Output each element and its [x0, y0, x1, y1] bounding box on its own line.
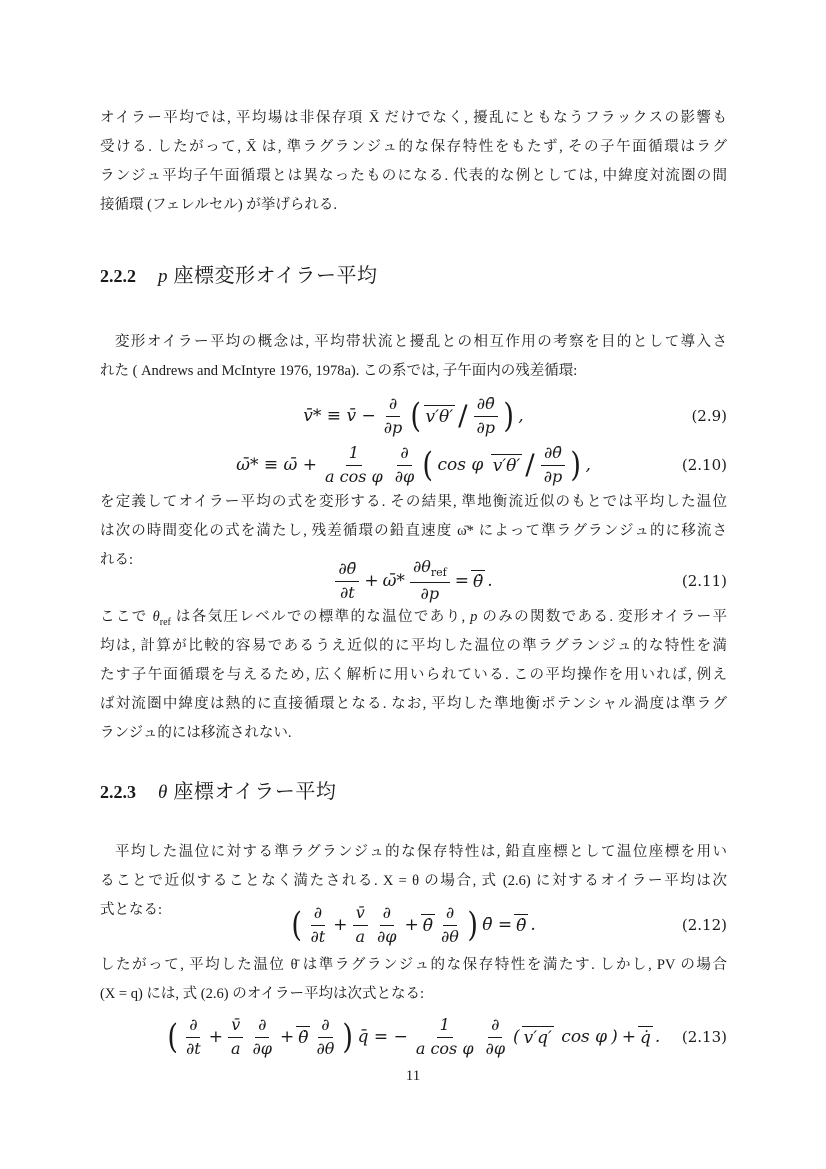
section-number: 2.2.3	[100, 778, 136, 806]
equation-2-11: ∂θ̄∂t + ω̄* ∂θref∂p = θ̇ . (2.11)	[100, 559, 727, 603]
paragraph-theta-ref: ここで θref は各気圧レベルでの標準的な温位であり, p のみの関数である.…	[100, 603, 727, 748]
fraction: ∂∂p	[381, 395, 406, 437]
text-line: を定義してオイラー平均の式を変形する. その結果, 準地衡流近似のもとでは平均し…	[100, 488, 727, 517]
section-title: 座標オイラー平均	[173, 778, 336, 806]
overline-theta-dot: θ̇	[471, 570, 485, 592]
math-operator: +	[280, 1027, 294, 1047]
math-mid: q̄ = −	[358, 1027, 408, 1047]
fraction-numerator: ∂	[386, 395, 400, 416]
right-paren: )	[467, 908, 478, 942]
math-cos-term: cos φ	[438, 455, 489, 475]
fraction: ∂∂φ	[249, 1016, 274, 1058]
math-equals: =	[455, 571, 469, 591]
fraction: ∂θref∂p	[410, 558, 450, 603]
section-title: 座標変形オイラー平均	[174, 262, 378, 290]
fraction-numerator: ∂	[488, 1016, 502, 1037]
fraction-numerator: ∂θ̄	[541, 444, 565, 465]
text-line: 接循環 (フェレルセル) が挙げられる.	[100, 191, 727, 220]
right-paren: )	[343, 1020, 354, 1054]
math-subscript: ref	[160, 617, 171, 628]
overline-flux-term: v′θ′	[424, 405, 456, 427]
text-line: ランジュ平均子午面循環とは異なったものになる. 代表的な例としては, 中緯度対流…	[100, 162, 727, 191]
overline-flux-term: v′θ′	[491, 454, 523, 476]
equation-2-12: ( ∂∂t + v̄a ∂∂φ + θ̇ ∂∂θ ) θ̄ = θ̇ . (2.…	[100, 903, 727, 947]
big-slash: /	[525, 451, 534, 479]
fraction: ∂∂t	[183, 1016, 204, 1058]
overline-theta-dot: θ̇	[514, 914, 528, 936]
paragraph-pv-case: したがって, 平均した温位 θ̄ は準ラグランジュ的な保存特性を満たす. しかし…	[100, 951, 727, 1009]
text-line: ここで θref は各気圧レベルでの標準的な温位であり, p のみの関数である.…	[100, 603, 727, 632]
fraction-denominator: ∂p	[474, 417, 499, 437]
text-line: れた ( Andrews and McIntyre 1976, 1978a). …	[100, 357, 727, 386]
document-page: オイラー平均では, 平均場は非保存項 X̄ だけでなく, 擾乱にともなうフラック…	[0, 0, 826, 1169]
fraction-denominator: ∂t	[183, 1038, 204, 1058]
page-number: 11	[0, 1068, 826, 1085]
overline-q-dot: q̇	[638, 1026, 653, 1048]
fraction: v̄a	[228, 1016, 244, 1058]
fraction: ∂∂φ	[483, 1016, 508, 1058]
fraction-denominator: ∂t	[337, 582, 358, 602]
big-slash: /	[458, 402, 467, 430]
text-line: 平均した温位に対する準ラグランジュ的な保存特性は, 鉛直座標として温位座標を用い	[100, 838, 727, 867]
overline-theta-dot: θ̇	[296, 1026, 310, 1048]
right-paren: )	[503, 399, 514, 433]
text-line: ば対流圏中緯度は熱的に直接循環となる. なお, 平均した準地衡ポテンシャル渦度は…	[100, 690, 727, 719]
small-left-paren: (	[513, 1027, 520, 1047]
equation-2-9: v̄* ≡ v̄ − ∂∂p ( v′θ′ / ∂θ̄∂p ) , (2.9)	[100, 392, 727, 440]
text-line: たす子午面循環を与えるため, 広く解析に用いられている. この平均操作を用いれば…	[100, 661, 727, 690]
math-theta: θ	[153, 609, 160, 625]
fraction-numerator: ∂	[443, 904, 457, 925]
fraction: 1a cos φ	[413, 1016, 477, 1058]
equation-number: (2.11)	[682, 572, 727, 590]
fraction-denominator: a	[228, 1038, 244, 1058]
equation-2-10: ω̄* ≡ ω̄ + 1a cos φ ∂∂φ ( cos φ v′θ′ / ∂…	[100, 442, 727, 488]
math-operator: +	[364, 571, 378, 591]
overline-flux-term: v′q′	[522, 1026, 554, 1048]
math-punctuation: .	[530, 915, 535, 935]
text-line: 受ける. したがって, X̄ は, 準ラグランジュ的な保存特性をもたず, その子…	[100, 133, 727, 162]
small-right-paren: )	[611, 1027, 618, 1047]
fraction-numerator: ∂θ̄	[335, 560, 359, 581]
fraction: v̄a	[352, 904, 368, 946]
section-math-var: p	[158, 263, 168, 291]
math-punctuation: ,	[518, 406, 523, 426]
math-operator: +	[209, 1027, 223, 1047]
math-lhs: ω̄* ≡ ω̄ +	[236, 455, 317, 475]
fraction-numerator: v̄	[353, 904, 368, 925]
text-segment: のみの関数である. 変形オイラー平	[477, 609, 727, 625]
overline-theta-dot: θ̇	[421, 914, 435, 936]
fraction-numerator: ∂θ̄	[474, 395, 498, 416]
math-mid: θ̄ =	[482, 915, 512, 935]
section-math-var: θ	[158, 779, 167, 807]
fraction-denominator: a	[352, 926, 368, 946]
left-paren: (	[411, 399, 422, 433]
fraction: ∂θ̄∂p	[541, 444, 566, 486]
math-punctuation: ,	[585, 455, 590, 475]
fraction: ∂∂φ	[374, 904, 399, 946]
fraction: ∂∂θ	[313, 1016, 337, 1058]
fraction-denominator: ∂p	[418, 583, 443, 603]
fraction-denominator: ∂p	[541, 466, 566, 486]
equation-2-13: ( ∂∂t + v̄a ∂∂φ + θ̇ ∂∂θ ) q̄ = − 1a cos…	[100, 1013, 727, 1061]
text-line: 均は, 計算が比較的容易であるうえ近似的に平均した温位の準ラグランジュ的な特性を…	[100, 632, 727, 661]
fraction: ∂∂t	[308, 904, 329, 946]
fraction: 1a cos φ	[322, 444, 386, 486]
text-line: オイラー平均では, 平均場は非保存項 X̄ だけでなく, 擾乱にともなうフラック…	[100, 104, 727, 133]
left-paren: (	[423, 448, 434, 482]
math-punctuation: .	[487, 571, 492, 591]
paragraph-euler-mean: オイラー平均では, 平均場は非保存項 X̄ だけでなく, 擾乱にともなうフラック…	[100, 104, 727, 220]
text-line: 変形オイラー平均の概念は, 平均帯状流と擾乱との相互作用の考察を目的として導入さ	[100, 328, 727, 357]
fraction-denominator: ∂φ	[249, 1038, 274, 1058]
fraction-denominator: ∂θ	[438, 926, 462, 946]
fraction-numerator: 1	[437, 1016, 453, 1037]
section-heading-2-2-3: 2.2.3 θ 座標オイラー平均	[100, 778, 727, 806]
left-paren: (	[292, 908, 303, 942]
text-line: ることで近似することなく満たされる. X = θ の場合, 式 (2.6) に対…	[100, 867, 727, 896]
paragraph-tem-intro: 変形オイラー平均の概念は, 平均帯状流と擾乱との相互作用の考察を目的として導入さ…	[100, 328, 727, 386]
text-line: ランジュ的には移流されない.	[100, 719, 727, 748]
fraction-numerator: ∂	[311, 904, 325, 925]
text-segment: ここで	[100, 609, 153, 625]
fraction-denominator: ∂p	[381, 417, 406, 437]
fraction-numerator: 1	[346, 444, 362, 465]
fraction-numerator: ∂	[397, 444, 411, 465]
fraction-denominator: a cos φ	[322, 466, 386, 486]
fraction-denominator: ∂φ	[374, 926, 399, 946]
fraction-denominator: a cos φ	[413, 1038, 477, 1058]
math-punctuation: .	[655, 1027, 660, 1047]
text-segment: は各気圧レベルでの標準的な温位であり,	[171, 609, 470, 625]
text-line: は次の時間変化の式を満たし, 残差循環の鉛直速度 ω̄* によって準ラグランジュ…	[100, 517, 727, 546]
fraction: ∂θ̄∂p	[474, 395, 499, 437]
equation-number: (2.12)	[682, 916, 727, 934]
fraction: ∂θ̄∂t	[335, 560, 359, 602]
fraction-numerator: ∂	[186, 1016, 200, 1037]
fraction: ∂∂θ	[438, 904, 462, 946]
math-operator: +	[622, 1027, 636, 1047]
fraction-numerator: ∂	[380, 904, 394, 925]
fraction-denominator: ∂φ	[392, 466, 417, 486]
fraction-numerator: ∂	[255, 1016, 269, 1037]
fraction-denominator: ∂θ	[313, 1038, 337, 1058]
left-paren: (	[167, 1020, 178, 1054]
fraction-denominator: ∂φ	[483, 1038, 508, 1058]
math-cos-term: cos φ	[556, 1027, 607, 1047]
fraction-numerator: ∂θref	[410, 558, 450, 583]
right-paren: )	[571, 448, 582, 482]
fraction-denominator: ∂t	[308, 926, 329, 946]
section-heading-2-2-2: 2.2.2 p 座標変形オイラー平均	[100, 262, 727, 290]
equation-number: (2.9)	[691, 407, 727, 425]
fraction-numerator: v̄	[228, 1016, 243, 1037]
fraction: ∂∂φ	[392, 444, 417, 486]
text-line: (X = q) には, 式 (2.6) のオイラー平均は次式となる:	[100, 980, 727, 1009]
math-operator: +	[333, 915, 347, 935]
equation-number: (2.13)	[682, 1028, 727, 1046]
math-omega-star: ω̄*	[383, 571, 405, 591]
fraction-numerator: ∂	[318, 1016, 332, 1037]
math-lhs: v̄* ≡ v̄ −	[303, 406, 375, 426]
text-line: したがって, 平均した温位 θ̄ は準ラグランジュ的な保存特性を満たす. しかし…	[100, 951, 727, 980]
math-operator: +	[405, 915, 419, 935]
equation-number: (2.10)	[682, 456, 727, 474]
section-number: 2.2.2	[100, 262, 136, 290]
